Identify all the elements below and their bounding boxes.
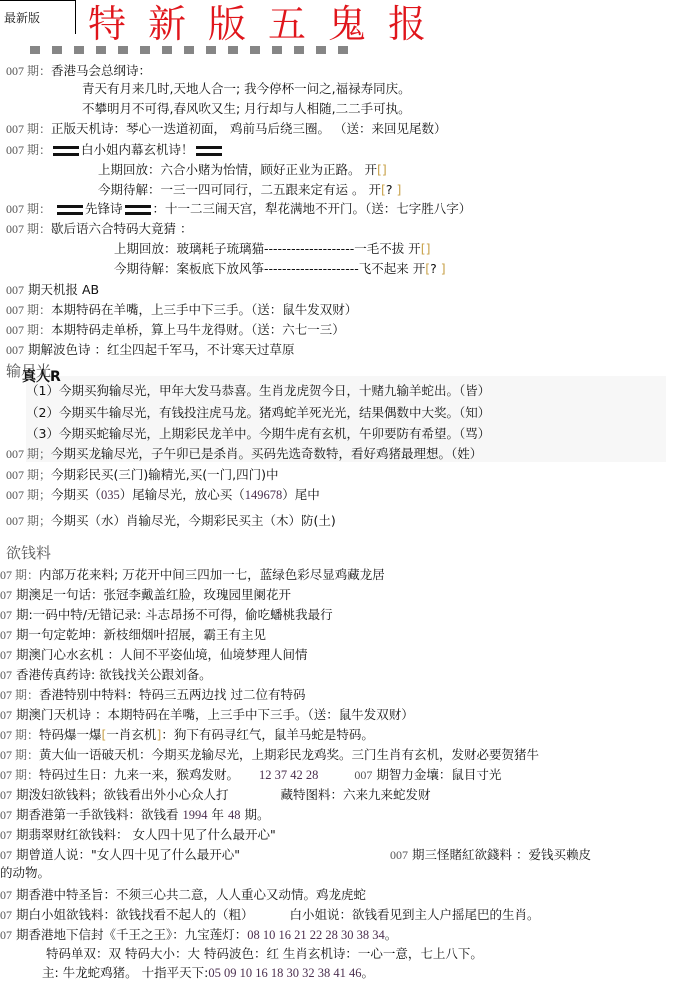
money-item: 07 期：特码爆一爆[一肖玄机]：狗下有码寻红气，鼠羊马蛇是特码。: [0, 726, 374, 744]
line-hk-poem: 007 期：香港马会总纲诗：: [6, 62, 151, 80]
line-riddle-pending: 今期待解：案板底下放风筝---------------------飞不起来 开[…: [114, 260, 446, 278]
line-pending: 今期待解：一三一四可同行，二五跟来定有运 。 开[? ]: [98, 181, 401, 199]
block-icon: [125, 205, 151, 215]
obscured-line: [30, 46, 350, 54]
line-riddle: 007 期：歇后语六合特码大竟猜 ：: [6, 220, 193, 238]
money-item: 07 期香港地下信封《千王之王》：九宝莲灯：08 10 16 21 22 28 …: [0, 926, 397, 944]
block-icon: [57, 205, 83, 215]
poem-line-1: 青天有月来几时,天地人合一; 我今停杯一问之,福禄寿同庆。: [82, 80, 411, 98]
money-item: 07 期曾道人说："女人四十见了什么最开心"007 期三怪賭紅欲錢料 ：爱钱买赖…: [0, 846, 591, 864]
money-item: 07 期白小姐欲钱料：欲钱找看不起人的（粗）白小姐说：欲钱看见到主人户摇尾巴的生…: [0, 906, 540, 924]
money-item: 07 期:一码中特/无错记录: 斗志昂扬不可得，偷吃蟠桃我最行: [0, 606, 333, 624]
money-item: 07 期澳足一句话：张冠李戴盖红脸，玫瑰园里阑花开: [0, 586, 291, 604]
block-icon: [196, 146, 222, 156]
money-item: 07 期：内部万花来料; 万花开中间三四加一七，蓝绿色彩尽显鸡藏龙居: [0, 566, 385, 584]
lose-item: （1）今期买狗输尽光，甲年大发马恭喜。生肖龙虎贺今日，十赌九输羊蛇出。（皆）: [26, 382, 490, 400]
lose-more: 007 期；今期买（035）尾输尽光，放心买（149678）尾中: [6, 486, 320, 504]
lose-item: （2）今期买牛输尽光，有钱投注虎马龙。猪鸡蛇羊死光光，结果偶数中大奖。（知）: [26, 404, 490, 422]
lose-more: 007 期；今期买龙输尽光，子午卯已是杀肖。买码先选奇数特，看好鸡猪最理想。（姓…: [6, 445, 482, 463]
money-item: 特码单双：双 特码大小：大 特码波色：红 生肖玄机诗：一心一意，七上八下。: [46, 945, 483, 963]
poem-line-2: 不攀明月不可得,春风吹又生; 月行却与人相随,二二手可执。: [82, 100, 411, 118]
line-last-review: 上期回放：六合小赌为怡情，顾好正业为正路。 开[]: [98, 161, 387, 179]
money-item: 主: 牛龙蛇鸡猪。 十指平天下:05 09 10 16 18 30 32 38 …: [42, 964, 374, 982]
line-single-bridge: 007 期：本期特码走单桥，算上马牛龙得财。（送：六七一三）: [6, 321, 345, 339]
line-bxj-poem: 007 期：白小姐内幕玄机诗！: [6, 141, 224, 159]
money-item: 07 香港传真药诗: 欲钱找关公跟刘备。: [0, 666, 212, 684]
line-tianji-ab: 007 期天机报 AB: [6, 281, 99, 299]
money-item: 07 期：黄大仙一语破天机：今期买龙输尽光，上期彩民龙鸡奖。三门生肖有玄机，发财…: [0, 746, 539, 764]
line-tianji-poem: 007 期：正版天机诗：琴心一迭道初面， 鸡前马后绕三圈。 （送：来回见尾数）: [6, 120, 446, 138]
money-item: 07 期香港第一手欲钱料：欲钱看 1994 年 48 期。: [0, 806, 269, 824]
lose-more: 007 期；今期彩民买(三门)输精光,买(一门,四门)中: [6, 466, 278, 484]
money-item: 07 期一句定乾坤：新枝细烟叶招展，霸王有主见: [0, 626, 266, 644]
money-item: 07 期香港中特圣旨：不须三心共二意，人人重心又动情。鸡龙虎蛇: [0, 886, 366, 904]
lose-item: （3）今期买蛇输尽光，上期彩民龙羊中。今期牛虎有玄机，午卯要防有希望。（骂）: [26, 425, 490, 443]
line-wave-color: 007 期解波色诗 ：红尘四起千军马，不计寒天过草原: [6, 341, 294, 359]
money-item: 的动物。: [0, 864, 50, 882]
money-item: 07 期：特码过生日：九来一来，猴鸡发财。12 37 42 28007 期智力金…: [0, 766, 501, 784]
lose-more: 007 期；今期买（水）肖输尽光，今期彩民买主（木）防(土): [6, 512, 336, 530]
line-vanguard-poem: 007 期： 先锋诗：十一二三闹天宫，犁花满地不开门。（送：七字胜八字）: [6, 200, 471, 218]
section-heading-money: 欲钱料: [6, 542, 51, 563]
page-title: 特新版五鬼报: [88, 2, 448, 46]
money-item: 07 期：香港特别中特料：特码三五两边找 过二位有特码: [0, 686, 306, 704]
edition-badge: 最新版: [0, 0, 76, 34]
line-riddle-review: 上期回放：玻璃耗子琉璃猫--------------------一毛不拔 开[]: [114, 240, 430, 258]
block-icon: [53, 146, 79, 156]
money-item: 07 期澳门心水玄机 ：人间不平姿仙境，仙境梦理人间情: [0, 646, 307, 664]
money-item: 07 期翡翠财红欲钱料： 女人四十见了什么最开心": [0, 826, 276, 844]
money-item: 07 期澳门天机诗 ：本期特码在羊嘴，上三手中下三手。（送：鼠牛发双财）: [0, 706, 414, 724]
money-item: 07 期泼妇欲钱料；欲钱看出外小心众人打藏特图料：六来九来蛇发财: [0, 786, 431, 804]
line-sheep-mouth: 007 期：本期特码在羊嘴，上三手中下三手。（送：鼠牛发双财）: [6, 301, 357, 319]
